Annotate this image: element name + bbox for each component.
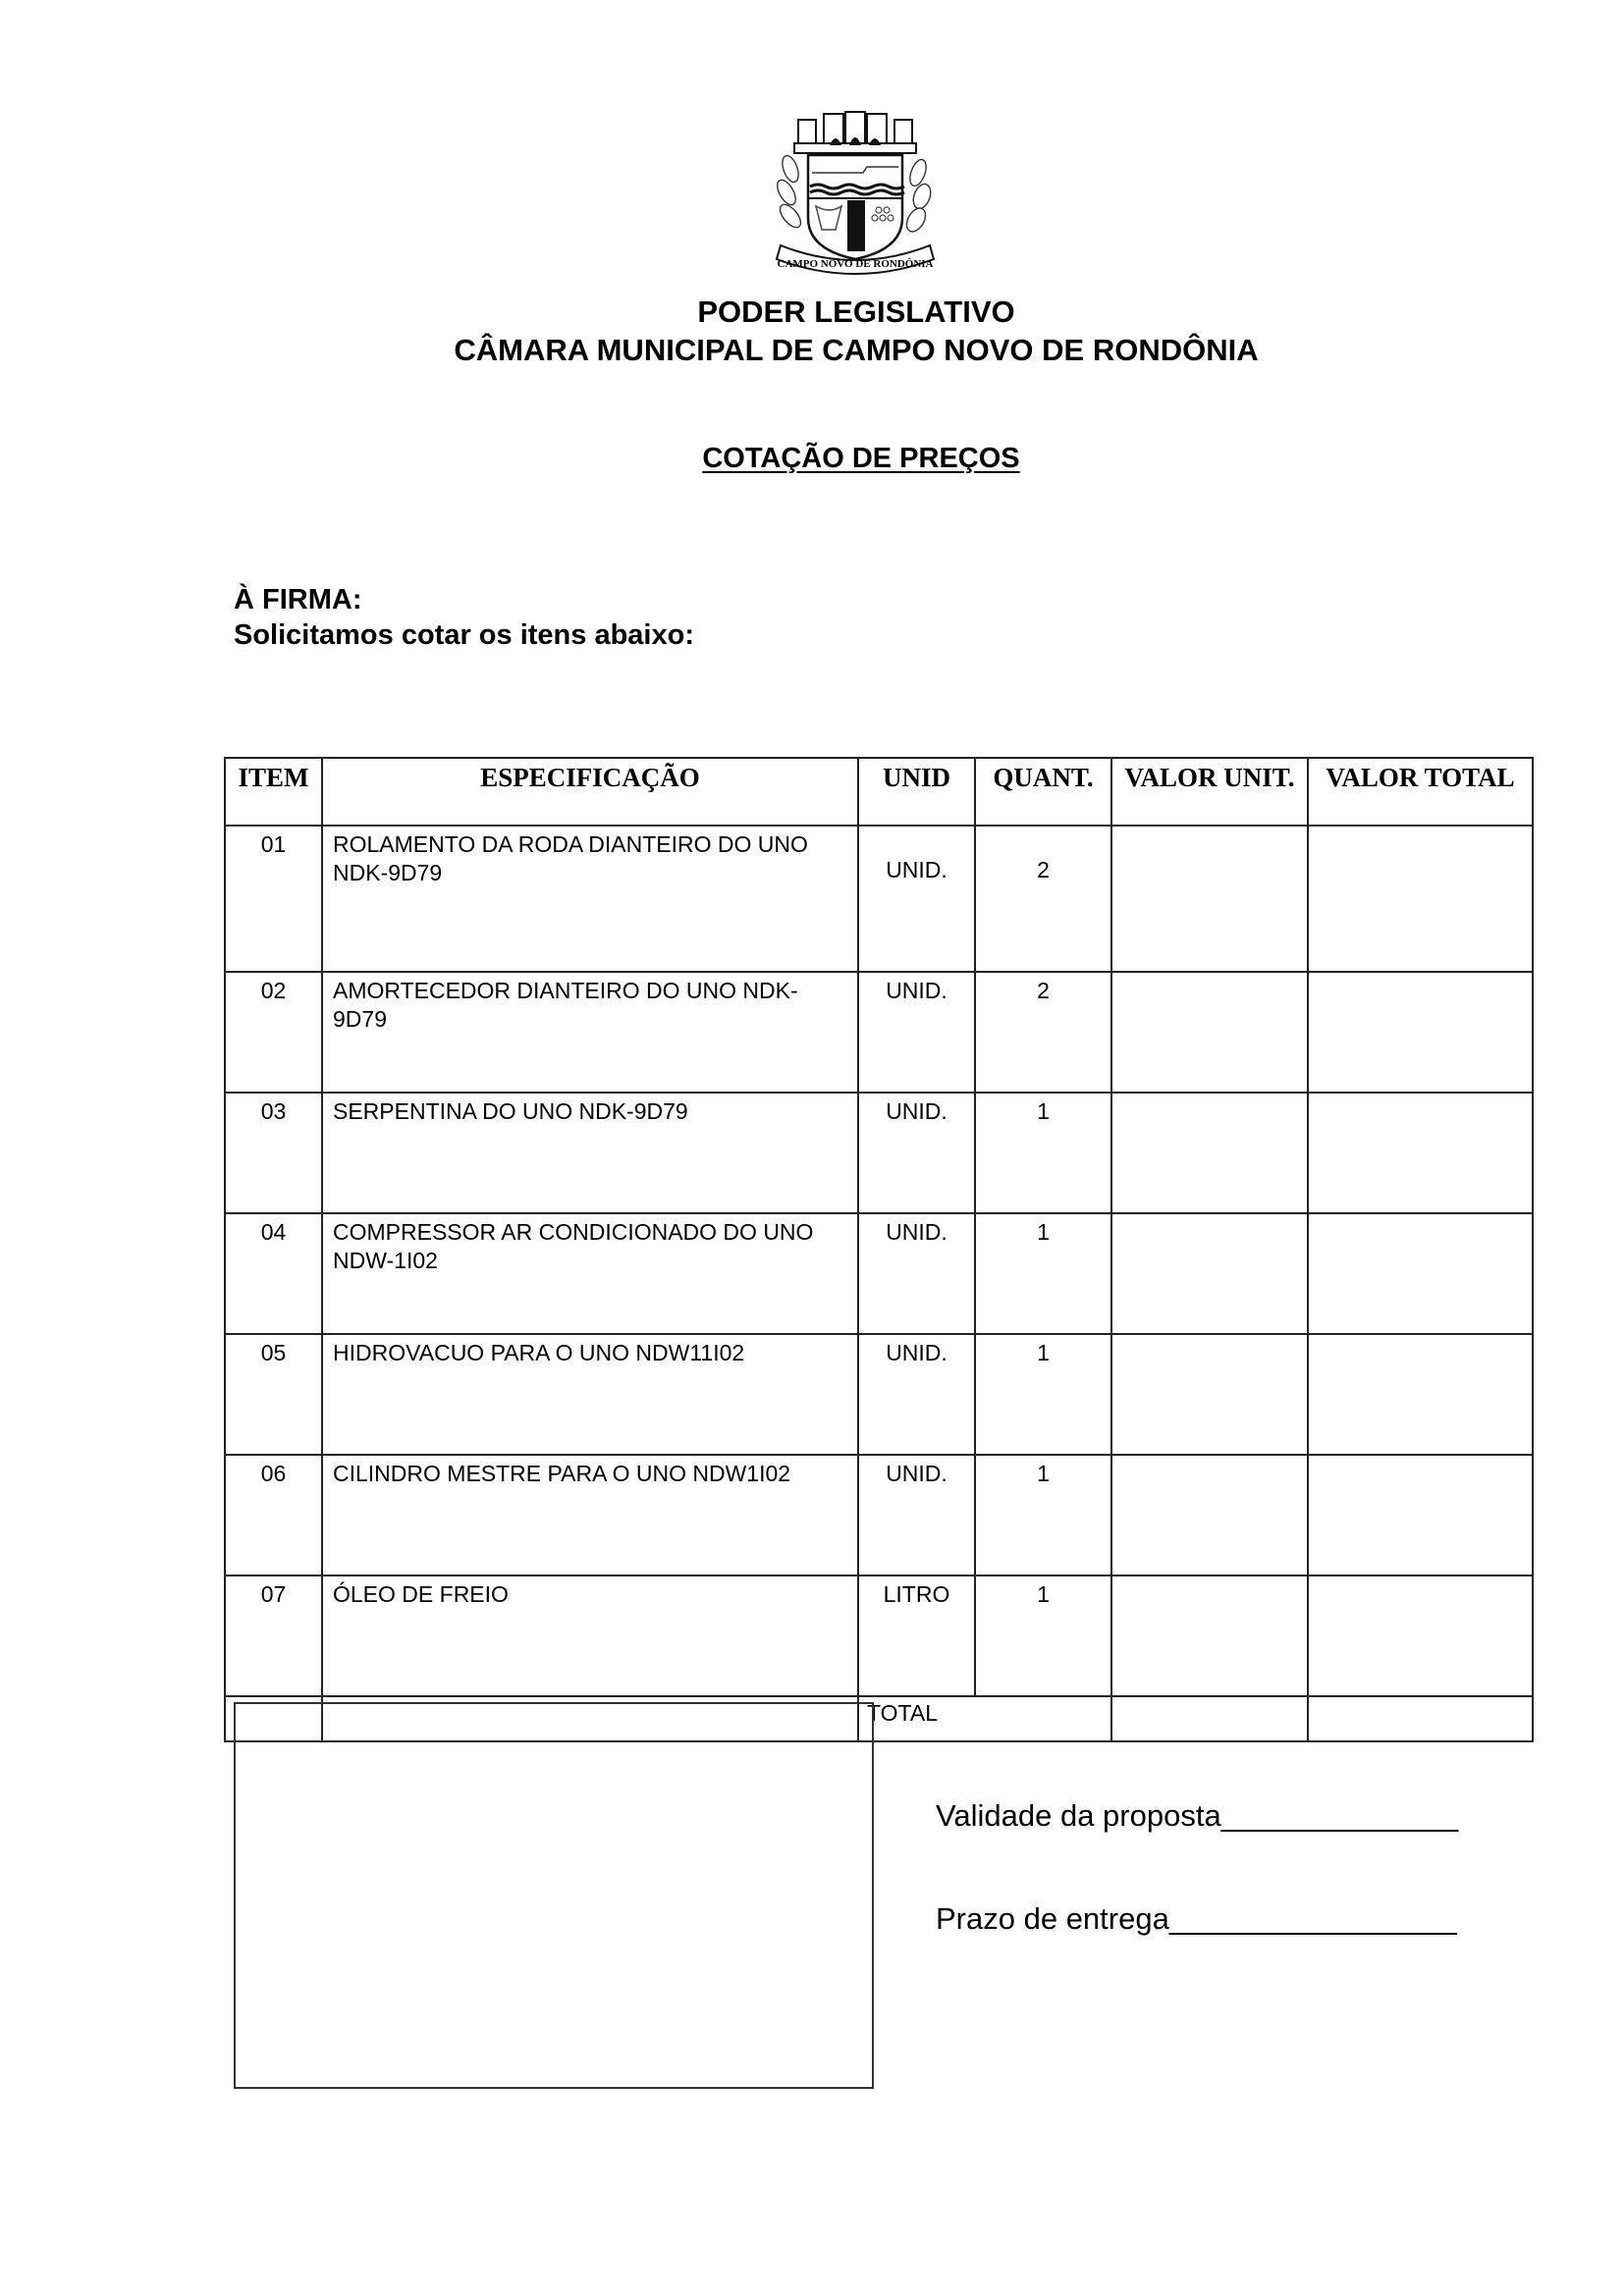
unit-value-cell[interactable] [1111,1455,1308,1575]
item-number: 02 [225,972,322,1093]
item-specification: ROLAMENTO DA RODA DIANTEIRO DO UNO NDK-9… [322,826,858,972]
item-quantity: 1 [975,1334,1111,1455]
item-specification: ÓLEO DE FREIO [322,1575,858,1696]
item-number: 01 [225,826,322,972]
column-header-specification: ESPECIFICAÇÃO [322,758,858,826]
item-quantity: 1 [975,1575,1111,1696]
unit-value-cell[interactable] [1111,1213,1308,1334]
table-row: 04 COMPRESSOR AR CONDICIONADO DO UNO NDW… [225,1213,1533,1334]
unit-value-cell[interactable] [1111,1575,1308,1696]
item-unit: UNID. [858,826,975,972]
grand-total-cell[interactable] [1308,1696,1533,1741]
quotation-table: ITEM ESPECIFICAÇÃO UNID QUANT. VALOR UNI… [224,757,1534,1742]
delivery-deadline-blank[interactable]: _________________ [1169,1901,1457,1936]
heading-municipal-chamber: CÂMARA MUNICIPAL DE CAMPO NOVO DE RONDÔN… [0,333,1624,368]
table-row: 07 ÓLEO DE FREIO LITRO 1 [225,1575,1533,1696]
total-value-cell[interactable] [1308,1334,1533,1455]
item-specification: COMPRESSOR AR CONDICIONADO DO UNO NDW-1I… [322,1213,858,1334]
item-specification: SERPENTINA DO UNO NDK-9D79 [322,1093,858,1213]
delivery-deadline-field[interactable]: Prazo de entrega_________________ [936,1901,1457,1937]
addressee-label: À FIRMA: [234,583,361,616]
unit-value-cell[interactable] [1111,826,1308,972]
unit-value-cell[interactable] [1111,1093,1308,1213]
item-number: 07 [225,1575,322,1696]
item-quantity: 1 [975,1093,1111,1213]
unit-value-cell[interactable] [1111,972,1308,1093]
item-specification: HIDROVACUO PARA O UNO NDW11I02 [322,1334,858,1455]
column-header-quantity: QUANT. [975,758,1111,826]
item-specification: AMORTECEDOR DIANTEIRO DO UNO NDK-9D79 [322,972,858,1093]
item-unit: UNID. [858,1093,975,1213]
table-row: 06 CILINDRO MESTRE PARA O UNO NDW1I02 UN… [225,1455,1533,1575]
item-unit: LITRO [858,1575,975,1696]
table-row: 01 ROLAMENTO DA RODA DIANTEIRO DO UNO ND… [225,826,1533,972]
item-specification: CILINDRO MESTRE PARA O UNO NDW1I02 [322,1455,858,1575]
unit-value-cell[interactable] [1111,1334,1308,1455]
proposal-validity-blank[interactable]: ______________ [1221,1798,1458,1833]
total-value-cell[interactable] [1308,1213,1533,1334]
item-unit: UNID. [858,1213,975,1334]
total-unit-value-cell[interactable] [1111,1696,1308,1741]
item-quantity: 2 [975,826,1111,972]
total-value-cell[interactable] [1308,826,1533,972]
svg-text:CAMPO NOVO DE RONDÔNIA: CAMPO NOVO DE RONDÔNIA [778,257,934,270]
table-row: 03 SERPENTINA DO UNO NDK-9D79 UNID. 1 [225,1093,1533,1213]
municipal-coat-of-arms-icon: CAMPO NOVO DE RONDÔNIA [761,110,947,277]
proposal-validity-field[interactable]: Validade da proposta______________ [936,1798,1458,1834]
delivery-deadline-label: Prazo de entrega [936,1901,1169,1936]
total-label: TOTAL [858,1696,1111,1741]
item-number: 06 [225,1455,322,1575]
total-value-cell[interactable] [1308,1455,1533,1575]
request-text: Solicitamos cotar os itens abaixo: [234,618,694,652]
item-number: 05 [225,1334,322,1455]
heading-legislative-power: PODER LEGISLATIVO [0,294,1624,330]
table-row: 02 AMORTECEDOR DIANTEIRO DO UNO NDK-9D79… [225,972,1533,1093]
total-value-cell[interactable] [1308,1575,1533,1696]
column-header-unit: UNID [858,758,975,826]
total-value-cell[interactable] [1308,1093,1533,1213]
item-unit: UNID. [858,1455,975,1575]
table-header-row: ITEM ESPECIFICAÇÃO UNID QUANT. VALOR UNI… [225,758,1533,826]
column-header-unit-value: VALOR UNIT. [1111,758,1308,826]
column-header-total-value: VALOR TOTAL [1308,758,1533,826]
item-unit: UNID. [858,972,975,1093]
item-number: 04 [225,1213,322,1334]
item-quantity: 1 [975,1455,1111,1575]
column-header-item: ITEM [225,758,322,826]
item-unit: UNID. [858,1334,975,1455]
proposal-validity-label: Validade da proposta [936,1798,1221,1833]
total-value-cell[interactable] [1308,972,1533,1093]
item-quantity: 2 [975,972,1111,1093]
item-quantity: 1 [975,1213,1111,1334]
item-number: 03 [225,1093,322,1213]
document-title: COTAÇÃO DE PREÇOS [0,441,1624,476]
table-row: 05 HIDROVACUO PARA O UNO NDW11I02 UNID. … [225,1334,1533,1455]
company-stamp-box[interactable] [234,1702,874,2089]
